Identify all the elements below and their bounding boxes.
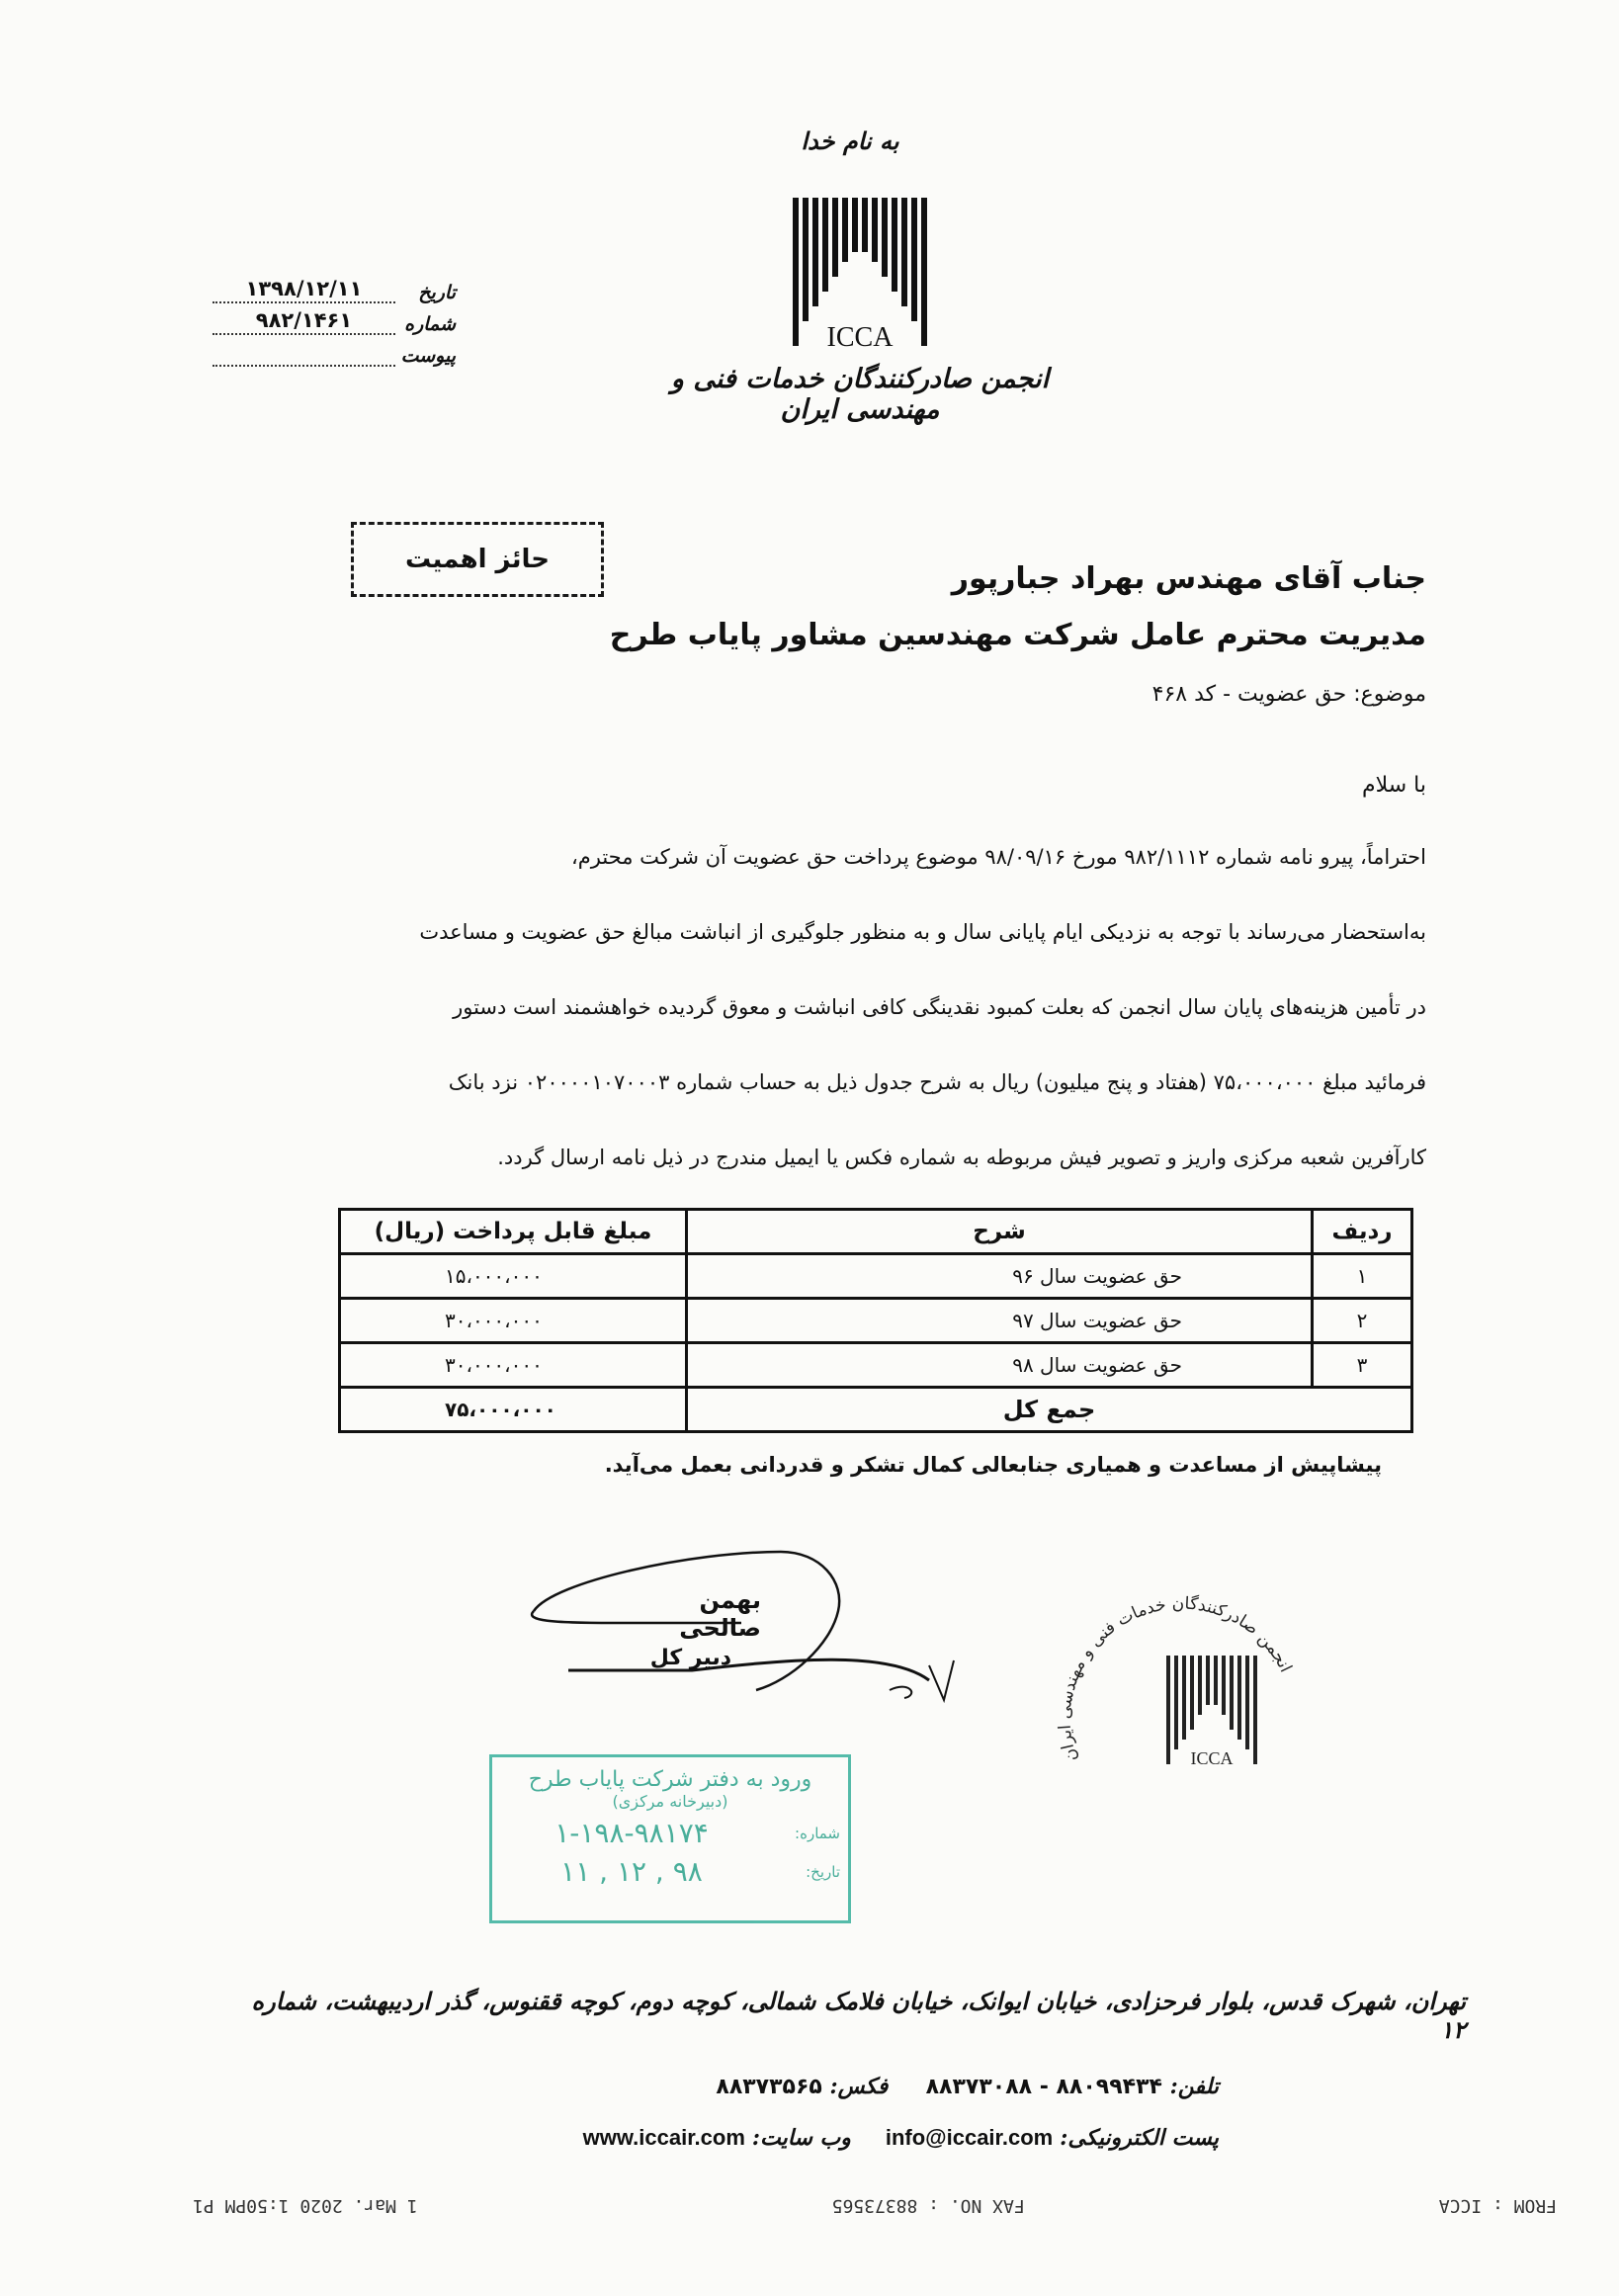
fax-number-header: FAX NO. : 88373565: [832, 2186, 1025, 2216]
fax-number: ۸۸۳۷۳۵۶۵: [716, 2075, 821, 2099]
importance-stamp: حائز اهمیت: [351, 522, 604, 597]
closing-sentence: پیشاپیش از مساعدت و همیاری جنابعالی کمال…: [605, 1453, 1382, 1477]
receipt-number-value: ۱-۱۹۸-۹۸۱۷۴: [492, 1817, 771, 1849]
website-link[interactable]: www.iccair.com: [583, 2125, 745, 2150]
subject-line: موضوع: حق عضویت - کد ۴۶۸: [610, 682, 1426, 707]
row-index: ۳: [1313, 1343, 1412, 1388]
basmala: به نام خدا: [781, 127, 919, 155]
addressee-block: جناب آقای مهندس بهراد جبارپور مدیریت محت…: [610, 561, 1426, 707]
header-description: شرح: [687, 1210, 1313, 1254]
receipt-date-value: ۹۸ , ۱۲ , ۱۱: [492, 1855, 771, 1888]
icca-logo-icon: ICCA: [791, 198, 929, 356]
number-row: ۹۸۲/۱۴۶۱ شماره: [213, 303, 460, 335]
greeting: با سلام: [314, 773, 1426, 798]
total-label: جمع کل: [687, 1388, 1412, 1432]
signatory-title: دبیر کل: [593, 1646, 731, 1670]
row-amount: ۱۵،۰۰۰،۰۰۰: [340, 1254, 687, 1299]
svg-text:ICCA: ICCA: [827, 322, 895, 353]
website-label: وب سایت:: [752, 2125, 851, 2151]
row-description: حق عضویت سال ۹۷: [687, 1299, 1313, 1343]
fax-timestamp: 1 Mar. 2020 1:50PM P1: [193, 2186, 418, 2216]
body-line: در تأمین هزینه‌های پایان سال انجمن که بع…: [314, 970, 1426, 1045]
body-line: کارآفرین شعبه مرکزی واریز و تصویر فیش مر…: [314, 1120, 1426, 1195]
seal-icon: انجمن صادرکنندگان خدمات فنی و مهندسی ایر…: [1038, 1562, 1315, 1799]
fees-table-wrapper: ردیف شرح مبلغ قابل پرداخت (ریال) ۱ حق عض…: [338, 1208, 1413, 1433]
phone-numbers: ۸۸۰۹۹۴۳۴ - ۸۸۳۷۳۰۸۸: [926, 2075, 1162, 2099]
body-line: به‌استحضار می‌رساند با توجه به نزدیکی ای…: [314, 894, 1426, 970]
letter-page: به نام خدا ICCA انجمن صادرکنندگان: [0, 0, 1619, 2296]
header-index: ردیف: [1313, 1210, 1412, 1254]
letter-meta: ۱۳۹۸/۱۲/۱۱ تاریخ ۹۸۲/۱۴۶۱ شماره پیوست: [213, 272, 460, 367]
table-row: ۲ حق عضویت سال ۹۷ ۳۰،۰۰۰،۰۰۰: [340, 1299, 1412, 1343]
date-label: تاریخ: [395, 282, 456, 303]
attachment-label: پیوست: [395, 345, 456, 367]
receipt-title: ورود به دفتر شرکت پایاب طرح: [492, 1767, 848, 1792]
addressee-name: جناب آقای مهندس بهراد جبارپور: [610, 561, 1426, 596]
signature-block: بهمن صالحی دبیر کل: [494, 1542, 988, 1740]
receipt-subtitle: (دبیرخانه مرکزی): [492, 1792, 848, 1811]
signatory-name: بهمن صالحی: [613, 1586, 761, 1642]
table-total-row: جمع کل ۷۵،۰۰۰،۰۰۰: [340, 1388, 1412, 1432]
addressee-company: مدیریت محترم عامل شرکت مهندسین مشاور پای…: [610, 618, 1426, 652]
fees-table: ردیف شرح مبلغ قابل پرداخت (ریال) ۱ حق عض…: [338, 1208, 1413, 1433]
icca-logo: ICCA: [791, 198, 929, 356]
row-amount: ۳۰،۰۰۰،۰۰۰: [340, 1299, 687, 1343]
table-row: ۳ حق عضویت سال ۹۸ ۳۰،۰۰۰،۰۰۰: [340, 1343, 1412, 1388]
number-value: ۹۸۲/۱۴۶۱: [213, 308, 395, 335]
row-index: ۲: [1313, 1299, 1412, 1343]
header-amount: مبلغ قابل پرداخت (ریال): [340, 1210, 687, 1254]
body-paragraph: احتراماً، پیرو نامه شماره ۹۸۲/۱۱۱۲ مورخ …: [314, 819, 1426, 1195]
number-label: شماره: [395, 313, 456, 335]
table-header-row: ردیف شرح مبلغ قابل پرداخت (ریال): [340, 1210, 1412, 1254]
receipt-number-row: شماره: ۱-۱۹۸-۹۸۱۷۴: [492, 1817, 848, 1849]
row-amount: ۳۰،۰۰۰،۰۰۰: [340, 1343, 687, 1388]
body-line: احتراماً، پیرو نامه شماره ۹۸۲/۱۱۱۲ مورخ …: [314, 819, 1426, 894]
total-amount: ۷۵،۰۰۰،۰۰۰: [340, 1388, 687, 1432]
email-link[interactable]: info@iccair.com: [886, 2125, 1053, 2150]
date-row: ۱۳۹۸/۱۲/۱۱ تاریخ: [213, 272, 460, 303]
table-row: ۱ حق عضویت سال ۹۶ ۱۵،۰۰۰،۰۰۰: [340, 1254, 1412, 1299]
body-line: فرمائید مبلغ ۷۵،۰۰۰،۰۰۰ (هفتاد و پنج میل…: [314, 1045, 1426, 1120]
fax-transmission-header: FROM : ICCA FAX NO. : 88373565 1 Mar. 20…: [193, 2186, 1557, 2216]
footer-contact-web: پست الکترونیکی: info@iccair.com وب سایت:…: [230, 2125, 1219, 2151]
row-index: ۱: [1313, 1254, 1412, 1299]
organization-seal: انجمن صادرکنندگان خدمات فنی و مهندسی ایر…: [1038, 1562, 1315, 1799]
footer-address: تهران، شهرک قدس، بلوار فرحزادی، خیابان ا…: [230, 1987, 1466, 2044]
date-value: ۱۳۹۸/۱۲/۱۱: [213, 277, 395, 303]
row-description: حق عضویت سال ۹۸: [687, 1343, 1313, 1388]
organization-name: انجمن صادرکنندگان خدمات فنی و مهندسی ایر…: [633, 364, 1087, 425]
receipt-date-label: تاریخ:: [771, 1863, 848, 1881]
attachment-value: [213, 364, 395, 367]
receipt-date-row: تاریخ: ۹۸ , ۱۲ , ۱۱: [492, 1855, 848, 1888]
letter-footer: تهران، شهرک قدس، بلوار فرحزادی، خیابان ا…: [230, 1987, 1466, 2151]
seal-logo-text: ICCA: [1190, 1748, 1233, 1768]
attachment-row: پیوست: [213, 335, 460, 367]
footer-contact-phones: تلفن: ۸۸۰۹۹۴۳۴ - ۸۸۳۷۳۰۸۸ فکس: ۸۸۳۷۳۵۶۵: [230, 2074, 1219, 2099]
letter-body: با سلام احتراماً، پیرو نامه شماره ۹۸۲/۱۱…: [314, 773, 1426, 1195]
fax-label: فکس:: [829, 2074, 888, 2099]
fax-from: FROM : ICCA: [1439, 2186, 1557, 2216]
email-label: پست الکترونیکی:: [1060, 2125, 1219, 2151]
receipt-number-label: شماره:: [771, 1825, 848, 1842]
row-description: حق عضویت سال ۹۶: [687, 1254, 1313, 1299]
phone-label: تلفن:: [1170, 2074, 1219, 2099]
receipt-stamp: ورود به دفتر شرکت پایاب طرح (دبیرخانه مر…: [489, 1754, 851, 1923]
